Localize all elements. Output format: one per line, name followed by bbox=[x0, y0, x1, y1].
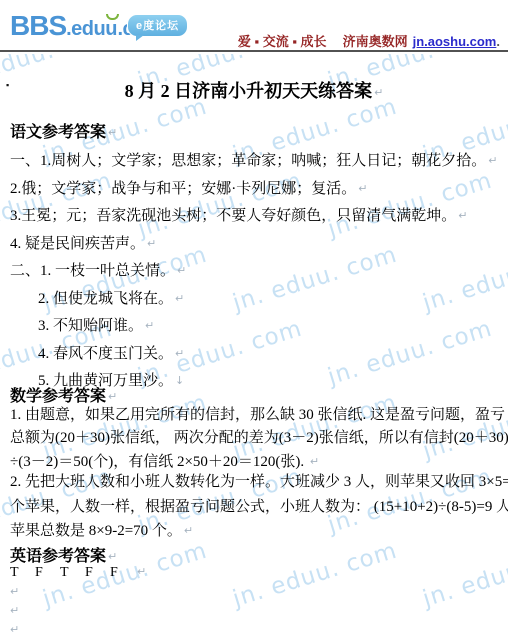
answer-text: 二、1. 一枝一叶总关情。 bbox=[10, 263, 175, 279]
paragraph-mark: ↓ bbox=[175, 374, 184, 387]
answer-text: 4. 春风不度玉门关。 bbox=[38, 346, 173, 362]
answer-line: 1. 由题意，如果乙用完所有的信封，那么缺 30 张信纸. 这是盈亏问题，盈亏 bbox=[10, 404, 508, 427]
paragraph-mark: ↵ bbox=[10, 623, 19, 636]
site-header: BBS.eduu.com e度论坛 爱 ▪ 交流 ▪ 成长济南奥数网jn.aos… bbox=[0, 0, 508, 52]
math-answer-1: 1. 由题意，如果乙用完所有的信封，那么缺 30 张信纸. 这是盈亏问题，盈亏 … bbox=[10, 404, 508, 473]
answer-text: 3. 不知贻阿谁。 bbox=[38, 318, 143, 334]
page-title-text: 8 月 2 日济南小升初天天练答案 bbox=[125, 81, 373, 101]
paragraph-mark: ↵ bbox=[358, 182, 367, 195]
paragraph-mark: ↵ bbox=[145, 319, 154, 332]
answer-text: 3.王冕；元；吾家洗砚池头树；不要人夸好颜色，只留清气满乾坤。 bbox=[10, 208, 456, 224]
empty-line: ↵ bbox=[8, 620, 19, 637]
answer-line: 总额为(20＋30)张信纸， 两次分配的差为(3－2)张信纸，所以有信封(20＋… bbox=[10, 427, 508, 450]
logo-u-letter: u bbox=[105, 18, 117, 40]
english-answer: T bbox=[10, 565, 26, 581]
answer-text: 总额为(20＋30)张信纸， 两次分配的差为(3－2)张信纸，所以有信封(20＋… bbox=[10, 430, 508, 446]
paragraph-mark: ↵ bbox=[108, 126, 117, 139]
paragraph-mark: ↵ bbox=[310, 455, 319, 468]
page-title: 8 月 2 日济南小升初天天练答案↵ bbox=[0, 77, 508, 103]
paragraph-mark: ↵ bbox=[488, 154, 497, 167]
site-logo[interactable]: BBS.eduu.com e度论坛 bbox=[10, 10, 162, 42]
english-answer: F bbox=[35, 565, 51, 581]
paragraph-mark: ↵ bbox=[374, 86, 383, 99]
logo-edu: .edu bbox=[66, 18, 105, 40]
answer-line: 3. 不知贻阿谁。↵ bbox=[10, 312, 497, 340]
section-heading-text: 英语参考答案 bbox=[10, 548, 106, 565]
answer-line: 二、1. 一枝一叶总关情。↵ bbox=[10, 257, 497, 285]
paragraph-mark: ↵ bbox=[175, 347, 184, 360]
empty-paragraphs: ↵ ↵ ↵ bbox=[8, 582, 19, 637]
paragraph-mark: ↵ bbox=[184, 524, 193, 537]
edu-forum-badge: e度论坛 bbox=[127, 14, 188, 37]
paragraph-mark: ↵ bbox=[175, 292, 184, 305]
answer-line: 一、1.周树人；文学家；思想家；革命家；呐喊；狂人日记；朝花夕拾。↵ bbox=[10, 147, 497, 175]
header-tagline: 爱 ▪ 交流 ▪ 成长济南奥数网jn.aoshu.com. bbox=[238, 31, 500, 50]
answer-text: 2. 但使龙城飞将在。 bbox=[38, 291, 173, 307]
empty-line: ↵ bbox=[8, 601, 19, 620]
logo-u: u bbox=[105, 18, 117, 41]
paragraph-mark: ↵ bbox=[177, 264, 186, 277]
section-heading-text: 数学参考答案 bbox=[10, 388, 106, 405]
page: BBS.eduu.com e度论坛 爱 ▪ 交流 ▪ 成长济南奥数网jn.aos… bbox=[0, 0, 508, 637]
paragraph-mark: ↵ bbox=[108, 550, 117, 563]
section-heading-chinese: 语文参考答案↵ bbox=[10, 119, 117, 142]
empty-line: ↵ bbox=[8, 582, 19, 601]
english-answer: T bbox=[60, 565, 76, 581]
slogan-text: 爱 ▪ 交流 ▪ 成长 bbox=[238, 34, 327, 49]
document-content: ▪ 8 月 2 日济南小升初天天练答案↵ 语文参考答案↵ 一、1.周树人；文学家… bbox=[0, 0, 508, 637]
answer-text: 个苹果，人数一样，根据盈亏问题公式，小班人数为： (15+10+2)÷(8-5)… bbox=[10, 499, 508, 515]
paragraph-mark: ↵ bbox=[137, 565, 146, 578]
answer-line: 2. 先把大班人数和小班人数转化为一样。大班减少 3 人，则苹果又收回 3×5=… bbox=[10, 470, 508, 495]
answer-line: 4. 春风不度玉门关。↵ bbox=[10, 340, 497, 368]
site-link[interactable]: jn.aoshu.com bbox=[413, 34, 497, 49]
answer-line: 个苹果，人数一样，根据盈亏问题公式，小班人数为： (15+10+2)÷(8-5)… bbox=[10, 495, 508, 520]
paragraph-mark: ↵ bbox=[108, 390, 117, 403]
answer-text: 1. 由题意，如果乙用完所有的信封，那么缺 30 张信纸. 这是盈亏问题，盈亏 bbox=[10, 407, 505, 423]
edu-forum-badge-label: e度论坛 bbox=[136, 20, 179, 32]
answer-text: 4. 疑是民间疾苦声。 bbox=[10, 236, 145, 252]
paragraph-mark: ↵ bbox=[10, 585, 19, 598]
header-divider bbox=[0, 50, 508, 52]
answer-text: ÷(3－2)＝50(个)，有信纸 2×50＋20＝120(张). bbox=[10, 454, 308, 470]
paragraph-mark: ↵ bbox=[147, 237, 156, 250]
answer-line: 2. 但使龙城飞将在。↵ bbox=[10, 285, 497, 313]
answer-line: 苹果总数是 8×9-2=70 个。↵ bbox=[10, 519, 508, 544]
english-answer: F bbox=[85, 565, 101, 581]
speech-bubble-tail-icon bbox=[136, 35, 144, 41]
english-answers: TFTFF↵ bbox=[10, 565, 146, 581]
paragraph-mark: ↵ bbox=[10, 604, 19, 617]
answer-text: 2.俄；文学家；战争与和平；安娜·卡列尼娜；复活。 bbox=[10, 181, 356, 197]
logo-bbs: BBS bbox=[10, 10, 66, 41]
answer-line: 3.王冕；元；吾家洗砚池头树；不要人夸好颜色，只留清气满乾坤。↵ bbox=[10, 202, 497, 230]
paragraph-mark: ↵ bbox=[458, 209, 467, 222]
link-suffix: . bbox=[496, 34, 500, 49]
answer-text: 2. 先把大班人数和小班人数转化为一样。大班减少 3 人，则苹果又收回 3×5=… bbox=[10, 474, 508, 490]
section-heading-math: 数学参考答案↵ bbox=[10, 383, 117, 406]
chinese-answers: 一、1.周树人；文学家；思想家；革命家；呐喊；狂人日记；朝花夕拾。↵ 2.俄；文… bbox=[10, 147, 497, 395]
answer-text: 一、1.周树人；文学家；思想家；革命家；呐喊；狂人日记；朝花夕拾。 bbox=[10, 153, 486, 169]
site-name: 济南奥数网 bbox=[343, 34, 408, 49]
answer-line: 4. 疑是民间疾苦声。↵ bbox=[10, 230, 497, 258]
math-answer-2: 2. 先把大班人数和小班人数转化为一样。大班减少 3 人，则苹果又收回 3×5=… bbox=[10, 470, 508, 544]
section-heading-text: 语文参考答案 bbox=[10, 124, 106, 141]
answer-line: 2.俄；文学家；战争与和平；安娜·卡列尼娜；复活。↵ bbox=[10, 175, 497, 203]
section-heading-english: 英语参考答案↵ bbox=[10, 543, 117, 566]
english-answer: F bbox=[110, 565, 126, 581]
answer-text: 苹果总数是 8×9-2=70 个。 bbox=[10, 523, 182, 539]
